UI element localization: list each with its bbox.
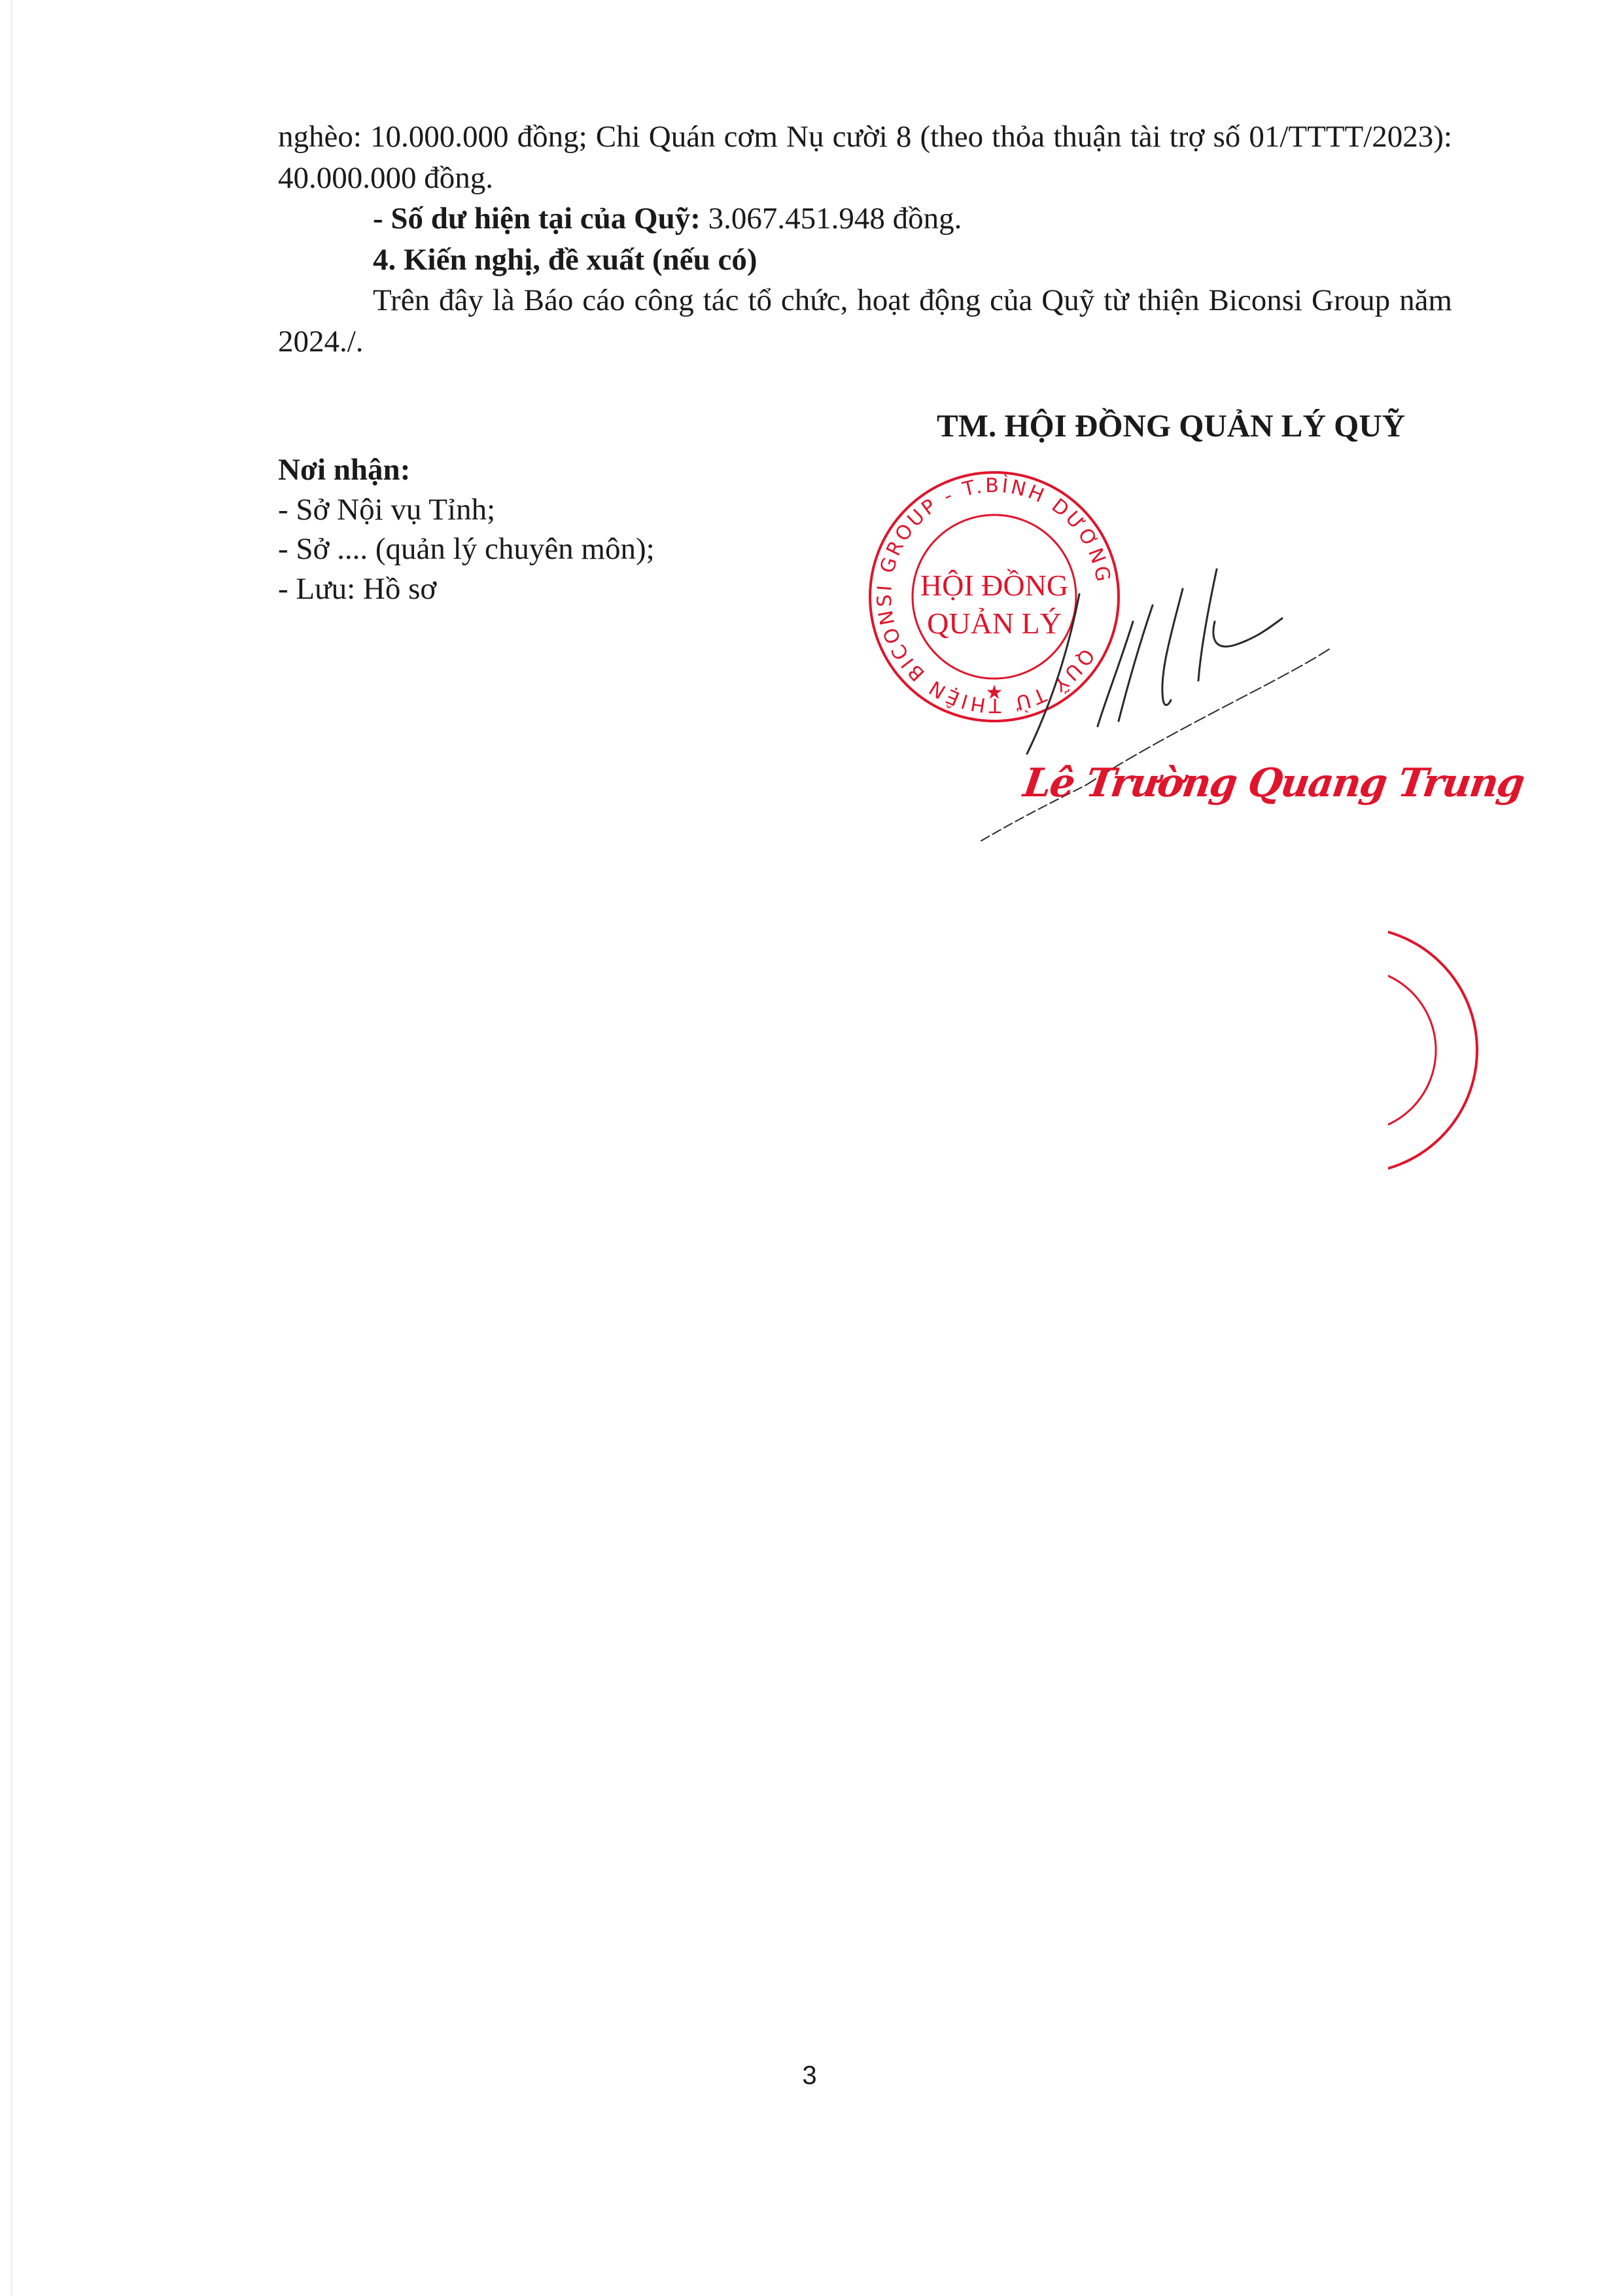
edge-seal-ring-text: UP - T.BÌNH DƯƠNG (1187, 922, 1395, 1159)
recipient-item: - Lưu: Hồ sơ (278, 569, 655, 609)
fund-balance-label: - Số dư hiện tại của Quỹ: (373, 202, 701, 236)
recipients-label: Nơi nhận: (278, 450, 655, 490)
recipient-item: - Sở Nội vụ Tỉnh; (278, 490, 655, 530)
recipient-item: - Sở .... (quản lý chuyên môn); (278, 529, 655, 569)
signature-title: TM. HỘI ĐỒNG QUẢN LÝ QUỸ (913, 407, 1429, 444)
fund-balance-value: 3.067.451.948 đồng. (701, 202, 962, 236)
paragraph-fund-balance: - Số dư hiện tại của Quỹ: 3.067.451.948 … (278, 198, 1452, 239)
svg-text:UP - T.BÌNH DƯƠNG: UP - T.BÌNH DƯƠNG (1187, 922, 1395, 1159)
report-body: nghèo: 10.000.000 đồng; Chi Quán cơm Nụ … (278, 116, 1452, 362)
scan-edge-line (11, 0, 12, 2296)
recipients-block: Nơi nhận: - Sở Nội vụ Tỉnh; - Sở .... (q… (278, 450, 655, 609)
section-heading-recommendations: 4. Kiến nghị, đề xuất (nếu có) (278, 239, 1452, 281)
recipients-list: - Sở Nội vụ Tỉnh; - Sở .... (quản lý chu… (278, 490, 655, 609)
paragraph-closing: Trên đây là Báo cáo công tác tổ chức, ho… (278, 280, 1452, 362)
signer-name: Lê Trường Quang Trung (1020, 760, 1526, 806)
paragraph-expenses-continued: nghèo: 10.000.000 đồng; Chi Quán cơm Nụ … (278, 116, 1452, 198)
edge-seal-icon: UP - T.BÌNH DƯƠNG (1217, 916, 1491, 1191)
page-number: 3 (0, 2061, 1619, 2091)
